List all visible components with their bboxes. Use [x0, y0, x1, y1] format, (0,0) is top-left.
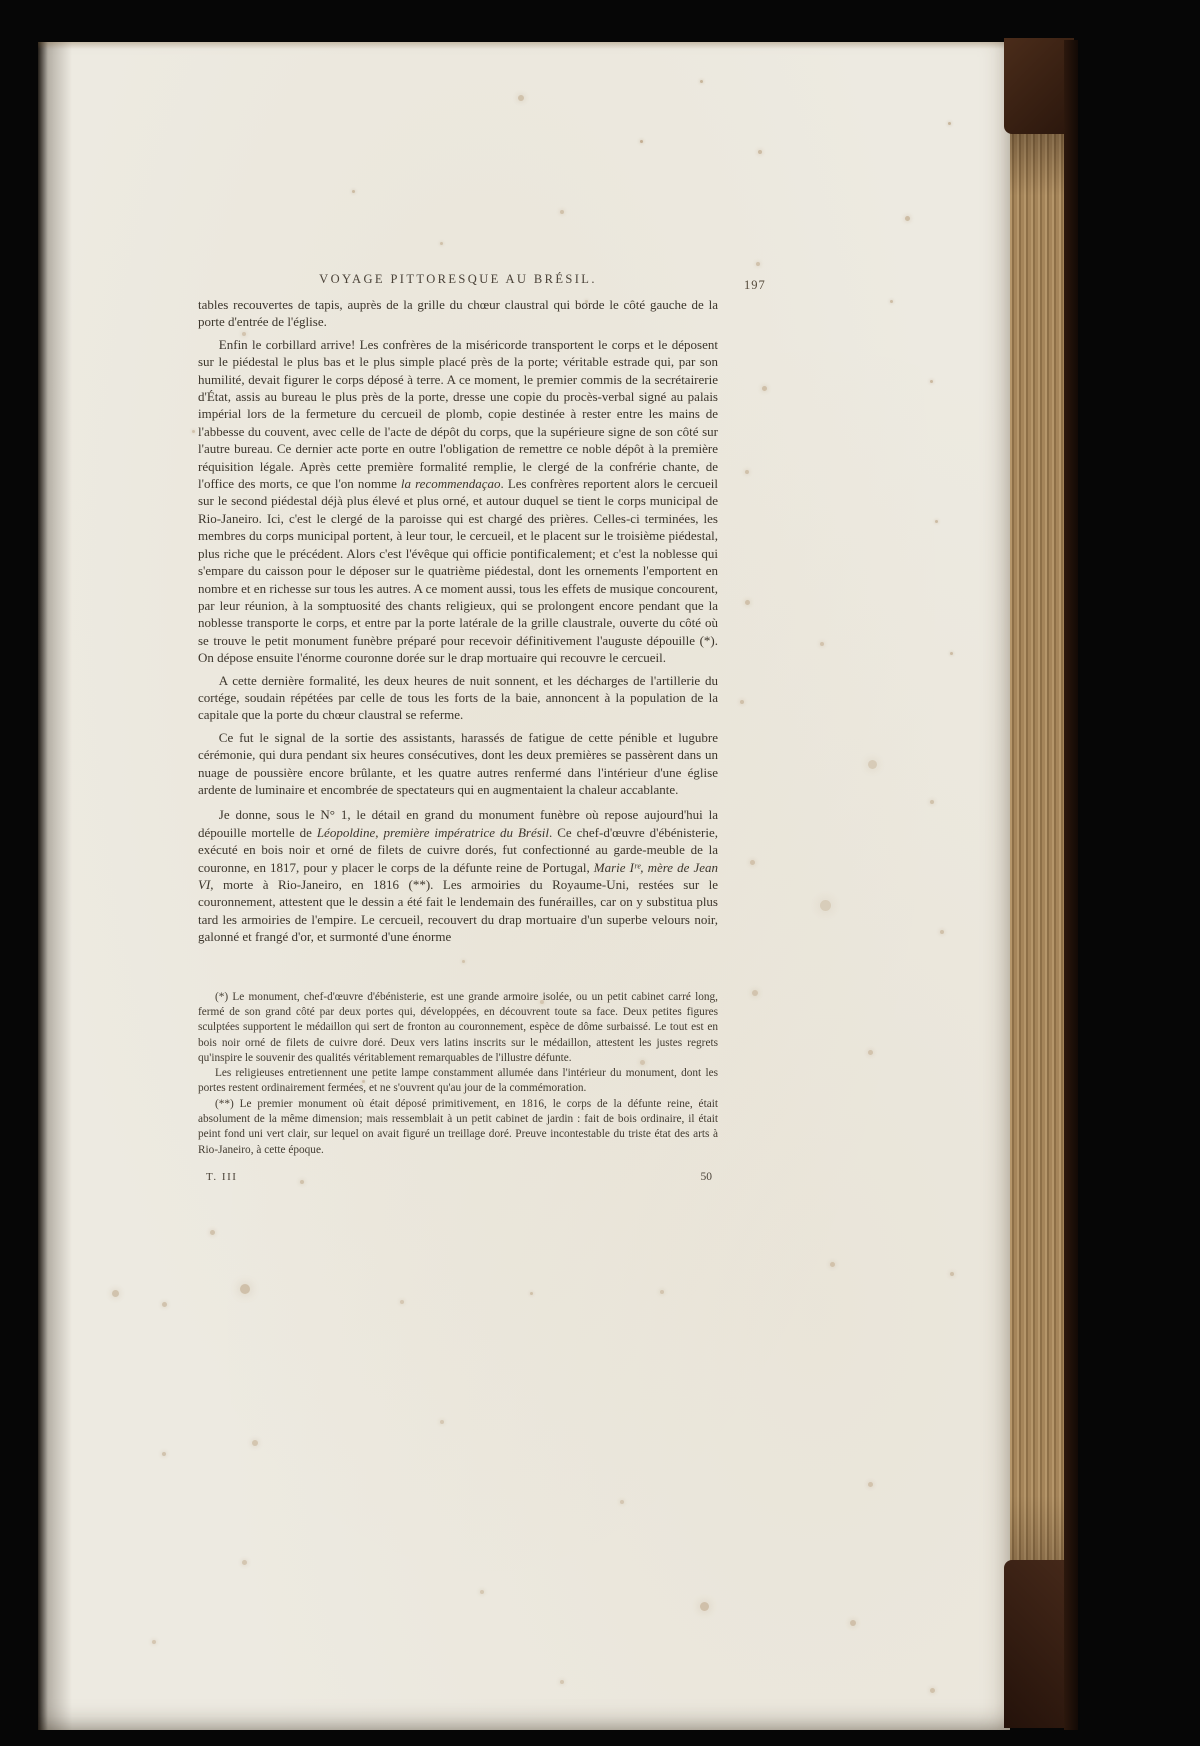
page-header: VOYAGE PITTORESQUE AU BRÉSIL. 197: [198, 270, 718, 292]
text-run: (*) Le monument, chef-d'œuvre d'ébéniste…: [198, 991, 718, 1064]
text-run: (**) Le premier monument où était déposé…: [198, 1098, 718, 1156]
volume-label: T. III: [198, 1171, 237, 1183]
page-footer: T. III 50: [198, 1171, 718, 1183]
text-run: tables recouvertes de tapis, auprès de l…: [198, 297, 718, 329]
book-page: VOYAGE PITTORESQUE AU BRÉSIL. 197 tables…: [38, 42, 1010, 1730]
paragraph: Ce fut le signal de la sortie des assist…: [198, 729, 718, 799]
running-title: VOYAGE PITTORESQUE AU BRÉSIL.: [319, 272, 597, 286]
text-block: VOYAGE PITTORESQUE AU BRÉSIL. 197 tables…: [198, 270, 718, 1183]
paragraph: (*) Le monument, chef-d'œuvre d'ébéniste…: [198, 990, 718, 1066]
body-paragraphs: tables recouvertes de tapis, auprès de l…: [198, 296, 718, 946]
text-run: Ce fut le signal de la sortie des assist…: [198, 730, 718, 797]
text-run: , morte à Rio-Janeiro, en 1816 (**). Les…: [198, 877, 718, 944]
page-number: 197: [744, 278, 766, 293]
paragraph: (**) Le premier monument où était déposé…: [198, 1097, 718, 1158]
signature-number: 50: [701, 1171, 719, 1183]
text-run: Les religieuses entretiennent une petite…: [198, 1067, 718, 1094]
photo-background: VOYAGE PITTORESQUE AU BRÉSIL. 197 tables…: [0, 0, 1200, 1746]
text-run: . Les confrères reportent alors le cercu…: [198, 476, 718, 665]
paragraph: tables recouvertes de tapis, auprès de l…: [198, 296, 718, 331]
book-fore-edge: [1010, 46, 1068, 1728]
leather-cover-edge: [1064, 40, 1078, 1730]
paragraph: A cette dernière formalité, les deux heu…: [198, 672, 718, 724]
text-run: Enfin le corbillard arrive! Les confrère…: [198, 337, 718, 491]
footnotes-section: (*) Le monument, chef-d'œuvre d'ébéniste…: [198, 990, 718, 1158]
italic-text: la recommendaçao: [401, 476, 501, 491]
paragraph: Enfin le corbillard arrive! Les confrère…: [198, 336, 718, 667]
paragraph: Les religieuses entretiennent une petite…: [198, 1066, 718, 1097]
italic-text: Léopoldine, première impératrice du Brés…: [317, 825, 549, 840]
text-run: A cette dernière formalité, les deux heu…: [198, 673, 718, 723]
paragraph: Je donne, sous le N° 1, le détail en gra…: [198, 806, 718, 945]
